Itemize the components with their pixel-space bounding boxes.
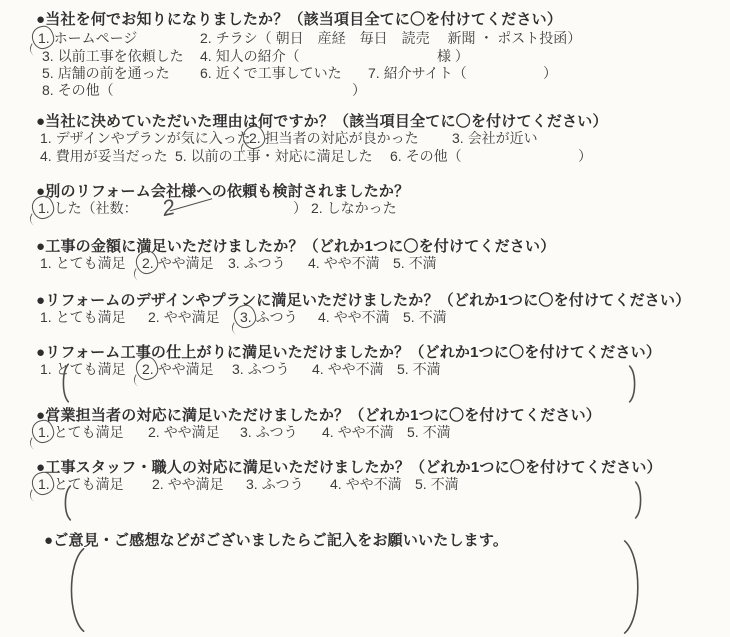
- option-number: 2.: [148, 424, 160, 440]
- option-number: 3.: [228, 255, 240, 271]
- option-number: 5.: [403, 309, 415, 325]
- option-liked-design: 1.デザインやプランが気に入った: [40, 128, 251, 148]
- option-very-satisfied: 1.とても満足: [40, 307, 126, 327]
- option-label: その他（: [406, 146, 462, 166]
- option-label: 費用が妥当だった: [56, 146, 168, 166]
- option-somewhat-dissatisfied: 4.やや不満: [308, 253, 380, 273]
- option-label: ふつう: [256, 307, 298, 327]
- option-number: 8.: [42, 82, 54, 98]
- option-label: やや満足: [168, 474, 224, 494]
- option-number: 4.: [200, 48, 212, 64]
- option-number: 3.: [42, 48, 54, 64]
- option-number: 4.: [330, 476, 342, 492]
- option-somewhat-dissatisfied: 4.やや不満: [318, 307, 390, 327]
- handwritten-circle-mark: 2.: [249, 130, 261, 146]
- comment-open-paren: [62, 547, 88, 633]
- option-somewhat-satisfied: 2.やや満足: [148, 422, 220, 442]
- survey-sheet: ●当社を何でお知りになりましたか？（該当項目全てに〇を付けてください） 1.ホー…: [0, 0, 730, 637]
- option-number: 1.: [40, 130, 52, 146]
- option-label: 不満: [413, 359, 441, 379]
- option-number: 5.: [393, 255, 405, 271]
- option-label: ふつう: [244, 253, 286, 273]
- option-neutral: 3.ふつう: [246, 474, 304, 494]
- option-label: 以前の工事・対応に満足した: [191, 146, 373, 166]
- option-somewhat-dissatisfied: 4.やや不満: [330, 474, 402, 494]
- option-label: ふつう: [256, 422, 298, 442]
- option-label: 不満: [419, 307, 447, 327]
- option-label: やや満足: [164, 422, 220, 442]
- option-label: やや不満: [346, 474, 402, 494]
- option-somewhat-satisfied: 2.やや満足: [148, 307, 220, 327]
- option-label: 近くで工事していた: [216, 63, 342, 83]
- comment-open-paren: [60, 485, 73, 521]
- option-dissatisfied: 5.不満: [393, 253, 437, 273]
- option-very-satisfied: 1.とても満足: [38, 474, 124, 494]
- question-heading-comments: ●ご意見・ご感想などがございましたらご記入をお願いいたします。: [44, 529, 508, 550]
- option-number: 5.: [397, 361, 409, 377]
- handwritten-circle-mark: 1.: [38, 30, 50, 46]
- option-label: その他（: [58, 80, 114, 100]
- option-nearby-work: 6.近くで工事していた: [200, 63, 342, 83]
- option-number: 5.: [175, 148, 187, 164]
- option-label: チラシ（ 朝日 産経 毎日 読売 新聞 ・ ポスト投函）: [216, 28, 582, 48]
- option-number: 4.: [40, 148, 52, 164]
- option-neutral: 3.ふつう: [228, 253, 286, 273]
- option-referral-site: 7.紹介サイト（: [368, 63, 467, 83]
- blank-close-paren: ）: [543, 63, 557, 83]
- option-somewhat-dissatisfied: 4.やや不満: [312, 359, 384, 379]
- option-number: 5.: [407, 424, 419, 440]
- option-label: 紹介サイト（: [384, 63, 467, 83]
- comment-close-paren: [627, 365, 640, 403]
- option-fair-price: 4.費用が妥当だった: [40, 146, 168, 166]
- option-number: 1.: [40, 255, 52, 271]
- option-number: 5.: [42, 65, 54, 81]
- option-homepage: 1.ホームページ: [38, 28, 137, 48]
- question-heading-source: ●当社を何でお知りになりましたか？（該当項目全てに〇を付けてください）: [36, 8, 562, 29]
- option-label: ふつう: [248, 359, 290, 379]
- option-company-near: 3.会社が近い: [452, 128, 538, 148]
- option-number: 7.: [368, 65, 380, 81]
- comment-open-paren: [58, 363, 71, 403]
- handwritten-circle-mark: 3.: [240, 309, 252, 325]
- option-neutral: 3.ふつう: [232, 359, 290, 379]
- option-number: 3.: [240, 424, 252, 440]
- option-neutral: 3.ふつう: [240, 422, 298, 442]
- option-very-satisfied: 1.とても満足: [38, 422, 124, 442]
- option-label: やや不満: [328, 359, 384, 379]
- option-very-satisfied: 1.とても満足: [40, 253, 126, 273]
- comment-close-paren: [633, 481, 646, 519]
- option-number: 2.: [311, 200, 323, 216]
- option-considered-yes: 1.した（社数：: [38, 198, 138, 218]
- option-label: 不満: [409, 253, 437, 273]
- blank-close-paren: ）: [352, 80, 366, 100]
- option-label: 担当者の対応が良かった: [265, 128, 419, 148]
- option-dissatisfied: 5.不満: [397, 359, 441, 379]
- option-label: した（社数：: [54, 198, 138, 218]
- option-number: 5.: [415, 476, 427, 492]
- option-label: とても満足: [56, 253, 126, 273]
- option-label: ホームページ: [54, 28, 138, 48]
- option-somewhat-satisfied: 2.やや満足: [142, 359, 214, 379]
- option-number: 2.: [200, 30, 212, 46]
- option-dissatisfied: 5.不満: [415, 474, 459, 494]
- option-label: やや不満: [334, 307, 390, 327]
- option-label: やや満足: [164, 307, 220, 327]
- option-number: 6.: [390, 148, 402, 164]
- option-good-staff-response: 2.担当者の対応が良かった: [249, 128, 419, 148]
- option-number: 4.: [318, 309, 330, 325]
- option-somewhat-satisfied: 2.やや満足: [142, 253, 214, 273]
- option-number: 1.: [40, 309, 52, 325]
- option-label: 不満: [423, 422, 451, 442]
- option-label: やや満足: [158, 359, 214, 379]
- option-other-reason: 6.その他（: [390, 146, 462, 166]
- option-number: 3.: [246, 476, 258, 492]
- comment-close-paren: [620, 539, 648, 635]
- option-somewhat-dissatisfied: 4.やや不満: [322, 422, 394, 442]
- option-number: 2.: [152, 476, 164, 492]
- option-number: 3.: [452, 130, 464, 146]
- blank-close-paren: ）: [293, 198, 307, 218]
- option-flyer: 2.チラシ（ 朝日 産経 毎日 読売 新聞 ・ ポスト投函）: [200, 28, 581, 48]
- option-label: やや不満: [324, 253, 380, 273]
- option-number: 4.: [312, 361, 324, 377]
- option-dissatisfied: 5.不満: [403, 307, 447, 327]
- option-number: 3.: [232, 361, 244, 377]
- handwritten-circle-mark: 1.: [38, 424, 50, 440]
- option-dissatisfied: 5.不満: [407, 422, 451, 442]
- option-satisfied-before: 5.以前の工事・対応に満足した: [175, 146, 373, 166]
- blank-close-paren: ）: [578, 146, 592, 166]
- option-label: ふつう: [262, 474, 304, 494]
- option-very-satisfied: 1.とても満足: [40, 359, 126, 379]
- option-label: デザインやプランが気に入った: [56, 128, 251, 148]
- option-somewhat-satisfied: 2.やや満足: [152, 474, 224, 494]
- option-label: しなかった: [327, 198, 397, 218]
- option-label: 不満: [431, 474, 459, 494]
- option-number: 1.: [40, 361, 52, 377]
- handwritten-circle-mark: 2.: [142, 255, 154, 271]
- option-neutral: 3.ふつう: [240, 307, 298, 327]
- option-label: とても満足: [54, 422, 124, 442]
- option-number: 6.: [200, 65, 212, 81]
- option-number: 4.: [308, 255, 320, 271]
- option-label: 会社が近い: [468, 128, 538, 148]
- handwritten-circle-mark: 1.: [38, 200, 50, 216]
- option-label: とても満足: [56, 307, 126, 327]
- option-considered-no: 2.しなかった: [311, 198, 397, 218]
- option-label: やや不満: [338, 422, 394, 442]
- option-number: 4.: [322, 424, 334, 440]
- option-number: 2.: [148, 309, 160, 325]
- handwritten-circle-mark: 2.: [142, 361, 154, 377]
- option-label: やや満足: [158, 253, 214, 273]
- option-other: 8.その他（: [42, 80, 114, 100]
- handwritten-circle-mark: 1.: [38, 476, 50, 492]
